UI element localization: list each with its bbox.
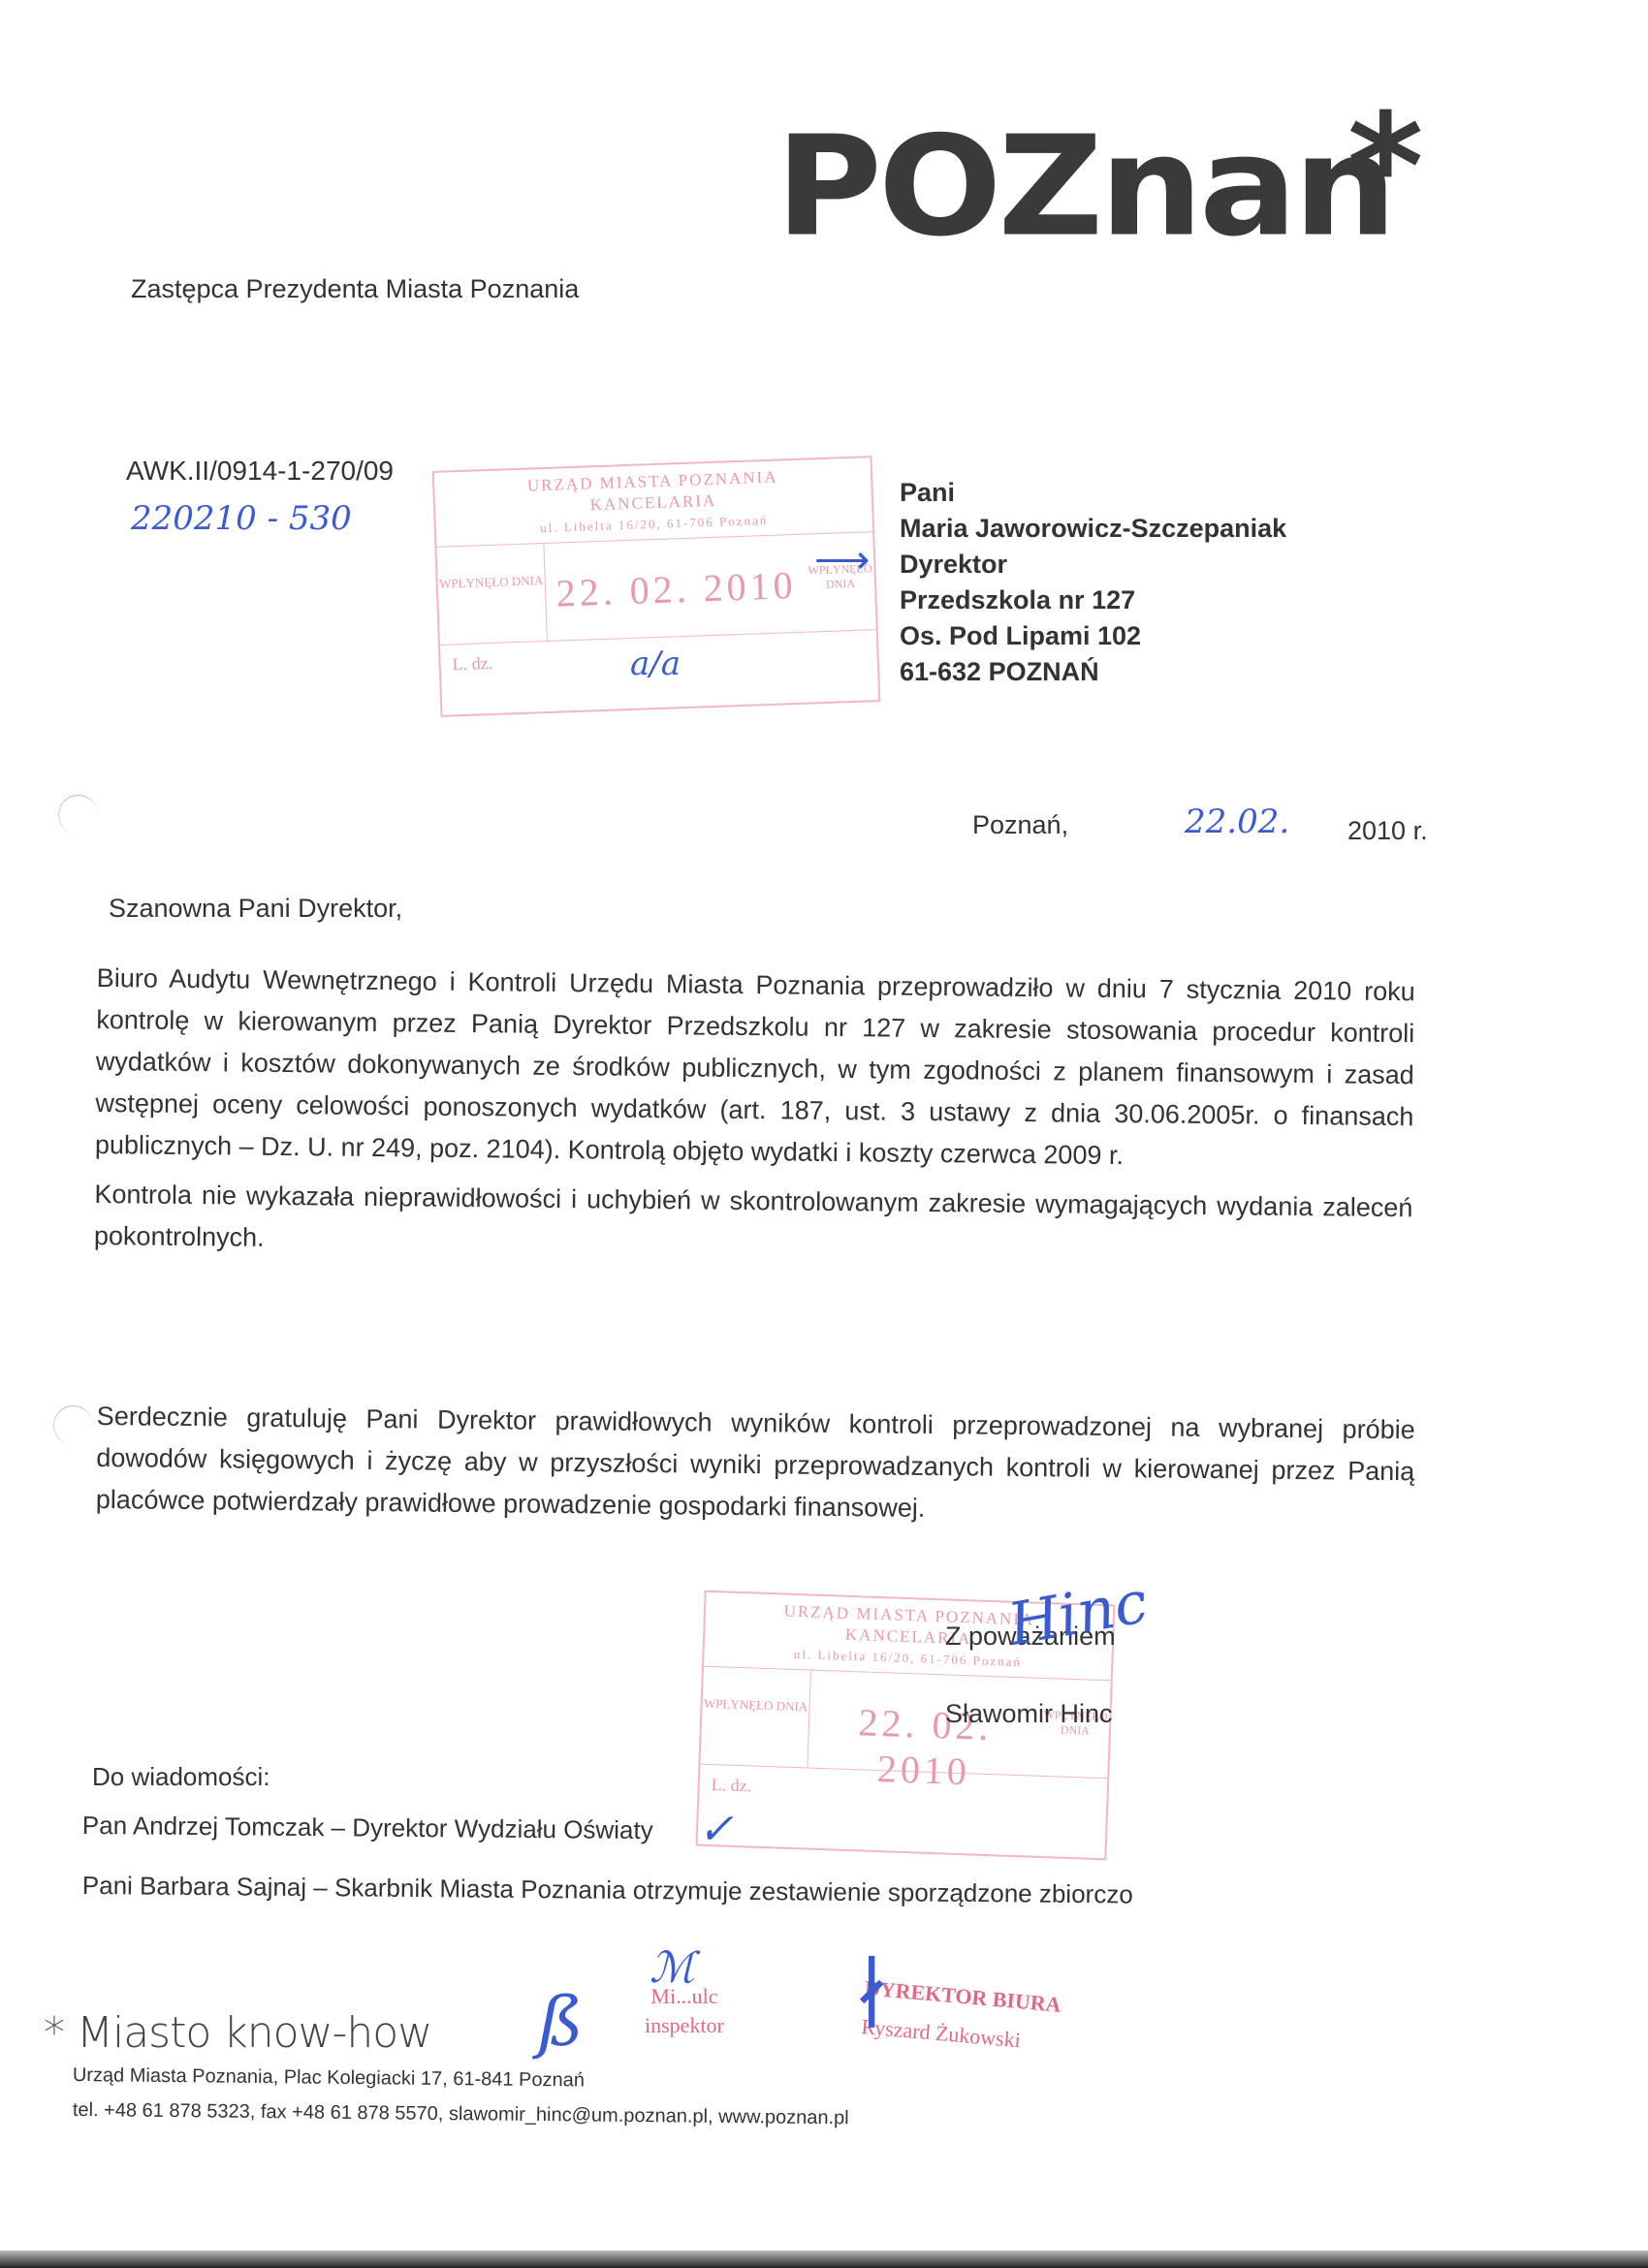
cc-recipient: Pani Barbara Sajnaj – Skarbnik Miasta Po… [82, 1871, 1133, 1909]
recipient-line: Przedszkola nr 127 [900, 583, 1286, 618]
footer-address: Urząd Miasta Poznania, Plac Kolegiacki 1… [73, 2064, 585, 2093]
poznan-logo: POZnan [776, 118, 1393, 257]
recipient-line: Pani [900, 475, 1286, 511]
recipient-line: Maria Jaworowicz-Szczepaniak [900, 511, 1286, 547]
footer-contact: tel. +48 61 878 5323, fax +48 61 878 557… [73, 2099, 849, 2129]
stamp-date: 22. 02. 2010 [544, 535, 808, 641]
director-stamp: DYREKTOR BIURA Ryszard Żukowski [860, 1969, 1062, 2063]
signature: Hinc [1003, 1568, 1153, 1659]
signatory-name: Sławomir Hinc [945, 1675, 1116, 1752]
director-signature: ∤ [853, 1948, 890, 2038]
logo-asterisk-icon: * [1347, 95, 1423, 240]
scan-bottom-edge [0, 2251, 1648, 2268]
stamp-line: inspektor [645, 2011, 724, 2040]
recipient-address: Pani Maria Jaworowicz-Szczepaniak Dyrekt… [900, 475, 1286, 690]
recipient-line: Dyrektor [900, 547, 1286, 583]
cc-recipient: Pan Andrzej Tomczak – Dyrektor Wydziału … [82, 1811, 653, 1845]
sender-title: Zastępca Prezydenta Miasta Poznania [131, 274, 579, 304]
handwritten-number: 220210 - 530 [131, 499, 352, 538]
recipient-line: 61-632 POZNAŃ [900, 654, 1286, 690]
body-paragraph-2: Serdecznie gratuluję Pani Dyrektor prawi… [96, 1396, 1415, 1534]
stamp-label: WPŁYNĘŁO DNIA [436, 544, 547, 645]
checkmark-icon: ✓ [698, 1805, 734, 1854]
dateline-city: Poznań, [972, 810, 1068, 840]
handwritten-note: a/a [630, 645, 681, 683]
right-arrow-icon: ⟶ [814, 538, 870, 583]
footer-brand-text: Miasto know-how [77, 2008, 431, 2058]
case-number: AWK.II/0914-1-270/09 [126, 456, 394, 487]
salutation: Szanowna Pani Dyrektor, [109, 894, 402, 924]
stamp-label: WPŁYNĘŁO DNIA [700, 1667, 810, 1768]
paragraph-text: Kontrola nie wykazała nieprawidłowości i… [94, 1174, 1413, 1271]
punch-hole-mark [58, 795, 98, 835]
inspector-signature: ℳ [650, 1943, 695, 1993]
initials-signature: ß [538, 1982, 584, 2062]
asterisk-icon: * [44, 2008, 64, 2058]
punch-hole-mark [53, 1405, 93, 1445]
recipient-line: Os. Pod Lipami 102 [900, 618, 1286, 654]
cc-title: Do wiadomości: [92, 1762, 270, 1792]
dateline-handwritten: 22.02. [1185, 803, 1289, 841]
dateline-year: 2010 r. [1347, 816, 1428, 846]
footer-brand: * Miasto know-how [44, 2008, 431, 2058]
paragraph-text: Biuro Audytu Wewnętrznego i Kontroli Urz… [95, 958, 1415, 1180]
body-paragraph-1: Biuro Audytu Wewnętrznego i Kontroli Urz… [94, 958, 1415, 1271]
